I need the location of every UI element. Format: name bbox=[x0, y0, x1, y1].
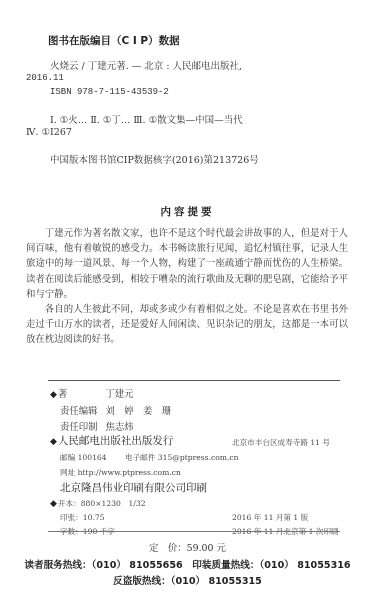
cip-classification-line2: Ⅳ. ①I267 bbox=[26, 127, 72, 138]
print-supervisor-label: 责任印制 bbox=[60, 422, 98, 433]
hotline-line1: 读者服务热线：（010） 81055656 印装质量热线：（010） 81055… bbox=[0, 557, 375, 571]
email: 电子邮件 315@ptpress.com.cn bbox=[125, 452, 239, 463]
cip-verification-number: 中国版本图书馆CIP数据核字(2016)第213726号 bbox=[50, 152, 259, 166]
printed-sheets: 印张：10.75 bbox=[60, 512, 105, 523]
format: 开本：880×1230 1/32 bbox=[58, 499, 146, 508]
editor-names: 刘 婷 姜 珊 bbox=[106, 406, 172, 417]
credits-bottom-divider bbox=[48, 531, 340, 532]
print-supervisor-name: 焦志炜 bbox=[106, 422, 134, 433]
website: 网址 http://www.ptpress.com.cn bbox=[60, 467, 181, 478]
hotline-line2: 反盗版热线：（010） 81055315 bbox=[0, 573, 375, 587]
abstract-body: 丁建元作为著名散文家，也许不是这个时代最会讲故事的人，但是对于人间百味，他有着敏… bbox=[26, 226, 348, 348]
abstract-paragraph-1: 丁建元作为著名散文家，也许不是这个时代最会讲故事的人，但是对于人间百味，他有着敏… bbox=[26, 226, 348, 302]
price: 定 价：59.00 元 bbox=[0, 540, 375, 554]
postcode: 邮编 100164 bbox=[60, 452, 107, 463]
print-supervisor-row: 责任印制焦志炜 bbox=[60, 419, 134, 433]
credits-top-divider bbox=[48, 380, 340, 381]
cip-isbn: ISBN 978-7-115-43539-2 bbox=[50, 87, 169, 97]
publisher-name: 人民邮电出版社出版发行 bbox=[58, 435, 174, 447]
author-row: ◆著丁建元 bbox=[50, 386, 133, 400]
publisher-row: ◆人民邮电出版社出版发行 bbox=[50, 433, 173, 448]
edition: 2016 年 11 月第 1 版 bbox=[232, 512, 308, 523]
cip-entry-date: 2016.11 bbox=[26, 73, 64, 83]
abstract-title: 内容提要 bbox=[0, 204, 375, 219]
author-label: 著 bbox=[58, 389, 67, 400]
bullet-diamond-icon: ◆ bbox=[50, 437, 57, 447]
bullet-diamond-icon: ◆ bbox=[50, 499, 57, 509]
printer: 北京隆昌伟业印刷有限公司印刷 bbox=[60, 480, 207, 495]
abstract-paragraph-2: 各自的人生彼此不同，却或多或少有着相似之处。不论是喜欢在书里书外走过千山万水的读… bbox=[26, 302, 348, 348]
bullet-diamond-icon: ◆ bbox=[50, 390, 57, 400]
cip-entry-line1: 火烧云 / 丁建元著. — 北京 : 人民邮电出版社, bbox=[50, 58, 242, 72]
format-row: ◆开本：880×1230 1/32 bbox=[50, 498, 146, 509]
cip-title: 图书在版编目（C I P）数据 bbox=[48, 33, 180, 48]
cip-classification-line1: Ⅰ. ①火… Ⅱ. ①丁… Ⅲ. ①散文集—中国—当代 bbox=[50, 112, 243, 126]
publisher-address: 北京市丰台区成寿寺路 11 号 bbox=[232, 437, 330, 448]
editor-label: 责任编辑 bbox=[60, 406, 98, 417]
editor-row: 责任编辑刘 婷 姜 珊 bbox=[60, 403, 171, 417]
author-name: 丁建元 bbox=[105, 389, 133, 400]
